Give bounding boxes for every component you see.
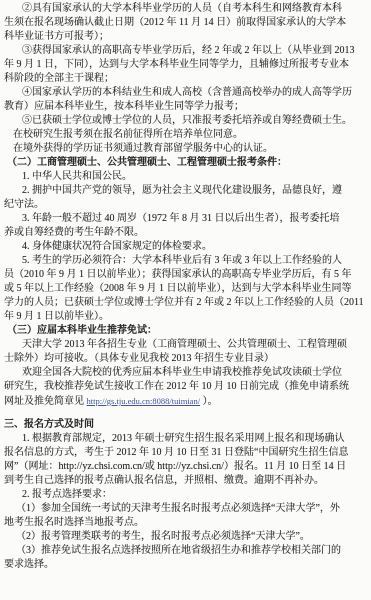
text-line: 天津大学 2013 年各招生专业（工商管理硕士、公共管理硕士、工程管理硕 bbox=[4, 338, 367, 352]
text-run: 纪守法。 bbox=[4, 199, 44, 210]
text-run: 科毕业证书方可报考）； bbox=[4, 31, 109, 42]
text-line: 4. 身体健康状况符合国家规定的体检要求。 bbox=[4, 240, 367, 254]
text-line: 士除外）均可接收。（具体专业见我校 2013 年招生专业目录） bbox=[4, 352, 367, 366]
text-line: 学力的人员；已获硕士学位或博士学位并有 2 年或 2 年以上工作经验的人员（20… bbox=[4, 296, 367, 310]
text-run: 年 9 月 1 日以前毕业）。 bbox=[4, 311, 109, 322]
text-run: ③获得国家承认的高职高专毕业学历后，经 2 年或 2 年以上（从毕业到 2013 bbox=[22, 45, 355, 56]
text-run: 欢迎全国各大院校的优秀应届本科毕业生申请我校推荐免试攻读硕士学位 bbox=[22, 367, 342, 378]
text-line: （1）参加全国统一考试的天津考生报名时报考点必须选择“天津大学”，外 bbox=[4, 502, 367, 516]
text-run: （三）应届本科毕业生推荐免试： bbox=[7, 325, 157, 336]
text-line: 在校研究生报考须在报名前征得所在培养单位同意。 bbox=[4, 128, 367, 142]
text-run: 到考生自己选择的报考点确认报名信息，并照相、缴费。逾期不再补办。 bbox=[4, 475, 324, 486]
text-run: 三、报名方式及时间 bbox=[4, 419, 94, 430]
text-line: 在境外获得的学历证书须通过教育部留学服务中心的认证。 bbox=[4, 142, 367, 156]
text-run: 或 5 年以上工作经验（2008 年 9 月 1 日以前毕业），达到与大学本科毕… bbox=[4, 283, 352, 294]
text-run: 3. 年龄一般不超过 40 周岁（1972 年 8 月 31 日以后出生者），报… bbox=[22, 213, 340, 224]
text-run: 学力的人员；已获硕士学位或博士学位并有 2 年或 2 年以上工作经验的人员（20… bbox=[4, 297, 364, 308]
text-line: 1. 根据教育部规定，2013 年硕士研究生招生报名采用网上报名和现场确认 bbox=[4, 432, 367, 446]
text-run: 网”（网址：http://yz.chsi.com.cn/或 http://yz.… bbox=[4, 461, 346, 472]
text-line: 要求选择。 bbox=[4, 558, 367, 572]
text-line: 纪守法。 bbox=[4, 198, 367, 212]
text-line: 欢迎全国各大院校的优秀应届本科毕业生申请我校推荐免试攻读硕士学位 bbox=[4, 366, 367, 380]
text-run: （1）参加全国统一考试的天津考生报名时报考点必须选择“天津大学”，外 bbox=[16, 503, 340, 514]
text-run: 2. 拥护中国共产党的领导，愿为社会主义现代化建设服务，品德良好，遵 bbox=[22, 185, 342, 196]
text-run: 年 9 月 1 日，下同），达到与大学本科毕业生同等学力，且辅修过所报考专业本 bbox=[4, 59, 349, 70]
text-line: （2）报考管理类联考的考生，报名时报考点必须选择“天津大学”。 bbox=[4, 530, 367, 544]
text-run: 5. 考生的学历必须符合：大学本科毕业后有 3 年或 3 年以上工作经验的人 bbox=[22, 255, 342, 266]
text-line: 生须在报名现场确认截止日期（2012 年 11 月 14 日）前取得国家承认的大… bbox=[4, 16, 367, 30]
text-run: 网址及推免简章见 bbox=[4, 396, 87, 407]
text-line: ⑤已获硕士学位或博士学位的人员，只准报考委托培养或自筹经费硕士生。 bbox=[4, 114, 367, 128]
text-run: ④国家承认学历的本科结业生和成人高校（含普通高校举办的成人高等学历 bbox=[22, 87, 352, 98]
text-line: （3）推荐免试生报名点选择按照所在地省级招生办和推荐学校相关部门的 bbox=[4, 544, 367, 558]
text-run: ⑤已获硕士学位或博士学位的人员，只准报考委托培养或自筹经费硕士生。 bbox=[22, 115, 352, 126]
text-run: 4. 身体健康状况符合国家规定的体检要求。 bbox=[22, 241, 212, 252]
text-line: 5. 考生的学历必须符合：大学本科毕业后有 3 年或 3 年以上工作经验的人 bbox=[4, 254, 367, 268]
text-run: 报名信息的方式，考生于 2012 年 10 月 10 日至 31 日登陆“中国研… bbox=[4, 447, 348, 458]
text-run: 科阶段的全部主干课程； bbox=[4, 73, 114, 84]
text-run: ②具有国家承认的大学本科毕业学历的人员（自考本科生和网络教育本科 bbox=[22, 3, 342, 14]
text-run: （二）工商管理硕士、公共管理硕士、工程管理硕士报考条件： bbox=[7, 157, 287, 168]
heading-line: （三）应届本科毕业生推荐免试： bbox=[4, 324, 367, 338]
text-line: 员（2010 年 9 月 1 日以前毕业）；获得国家承认的高职高专毕业学历后，有… bbox=[4, 268, 367, 282]
text-run: 天津大学 2013 年各招生专业（工商管理硕士、公共管理硕士、工程管理硕 bbox=[22, 339, 347, 350]
text-line: 科毕业证书方可报考）； bbox=[4, 30, 367, 44]
text-run: 研究生，我校推荐免试生接收工作在 2012 年 10 月 10 日前完成（推免申… bbox=[4, 381, 349, 392]
tuimian-link[interactable]: http://gs.tju.edu.cn:8088/tuimian/ bbox=[87, 396, 201, 406]
text-run: 生须在报名现场确认截止日期（2012 年 11 月 14 日）前取得国家承认的大… bbox=[4, 17, 346, 28]
heading-line: 三、报名方式及时间 bbox=[4, 418, 367, 432]
text-line: 2. 拥护中国共产党的领导，愿为社会主义现代化建设服务，品德良好，遵 bbox=[4, 184, 367, 198]
text-line: 1. 中华人民共和国公民。 bbox=[4, 170, 367, 184]
text-run: 1. 根据教育部规定，2013 年硕士研究生招生报名采用网上报名和现场确认 bbox=[22, 433, 345, 444]
text-run: 在境外获得的学历证书须通过教育部留学服务中心的认证。 bbox=[13, 143, 273, 154]
text-line: 年 9 月 1 日，下同），达到与大学本科毕业生同等学力，且辅修过所报考专业本 bbox=[4, 58, 367, 72]
text-run: 养或自筹经费的考生年龄不限。 bbox=[4, 227, 144, 238]
text-run: 士除外）均可接收。（具体专业见我校 2013 年招生专业目录） bbox=[4, 353, 274, 364]
text-run: （3）推荐免试生报名点选择按照所在地省级招生办和推荐学校相关部门的 bbox=[16, 545, 341, 556]
text-line: 网址及推免简章见 http://gs.tju.edu.cn:8088/tuimi… bbox=[4, 394, 367, 408]
document-page: ②具有国家承认的大学本科毕业学历的人员（自考本科生和网络教育本科生须在报名现场确… bbox=[0, 0, 371, 600]
text-run: 员（2010 年 9 月 1 日以前毕业）；获得国家承认的高职高专毕业学历后，有… bbox=[4, 269, 352, 280]
text-line: 2. 报考点选择要求： bbox=[4, 488, 367, 502]
text-line: 养或自筹经费的考生年龄不限。 bbox=[4, 226, 367, 240]
text-run: ）。 bbox=[200, 396, 218, 407]
text-run: 在校研究生报考须在报名前征得所在培养单位同意。 bbox=[13, 129, 243, 140]
text-run: （2）报考管理类联考的考生，报名时报考点必须选择“天津大学”。 bbox=[16, 531, 310, 542]
text-line: 年 9 月 1 日以前毕业）。 bbox=[4, 310, 367, 324]
text-run: 1. 中华人民共和国公民。 bbox=[22, 171, 132, 182]
text-line: 网”（网址：http://yz.chsi.com.cn/或 http://yz.… bbox=[4, 460, 367, 474]
text-run: 教育）应届本科毕业生，按本科毕业生同等学力报考； bbox=[4, 101, 244, 112]
text-line: 报名信息的方式，考生于 2012 年 10 月 10 日至 31 日登陆“中国研… bbox=[4, 446, 367, 460]
text-line: 地考生报名时选择当地报考点。 bbox=[4, 516, 367, 530]
text-run: 地考生报名时选择当地报考点。 bbox=[4, 517, 144, 528]
text-line: 3. 年龄一般不超过 40 周岁（1972 年 8 月 31 日以后出生者），报… bbox=[4, 212, 367, 226]
text-run: 要求选择。 bbox=[4, 559, 54, 570]
text-line: 或 5 年以上工作经验（2008 年 9 月 1 日以前毕业），达到与大学本科毕… bbox=[4, 282, 367, 296]
text-line: ④国家承认学历的本科结业生和成人高校（含普通高校举办的成人高等学历 bbox=[4, 86, 367, 100]
heading-line: （二）工商管理硕士、公共管理硕士、工程管理硕士报考条件： bbox=[4, 156, 367, 170]
document-body: ②具有国家承认的大学本科毕业学历的人员（自考本科生和网络教育本科生须在报名现场确… bbox=[4, 2, 367, 572]
text-line: 研究生，我校推荐免试生接收工作在 2012 年 10 月 10 日前完成（推免申… bbox=[4, 380, 367, 394]
text-line: 科阶段的全部主干课程； bbox=[4, 72, 367, 86]
text-line: ③获得国家承认的高职高专毕业学历后，经 2 年或 2 年以上（从毕业到 2013 bbox=[4, 44, 367, 58]
text-run: 2. 报考点选择要求： bbox=[22, 489, 112, 500]
text-line: 到考生自己选择的报考点确认报名信息，并照相、缴费。逾期不再补办。 bbox=[4, 474, 367, 488]
text-line: 教育）应届本科毕业生，按本科毕业生同等学力报考； bbox=[4, 100, 367, 114]
text-line: ②具有国家承认的大学本科毕业学历的人员（自考本科生和网络教育本科 bbox=[4, 2, 367, 16]
